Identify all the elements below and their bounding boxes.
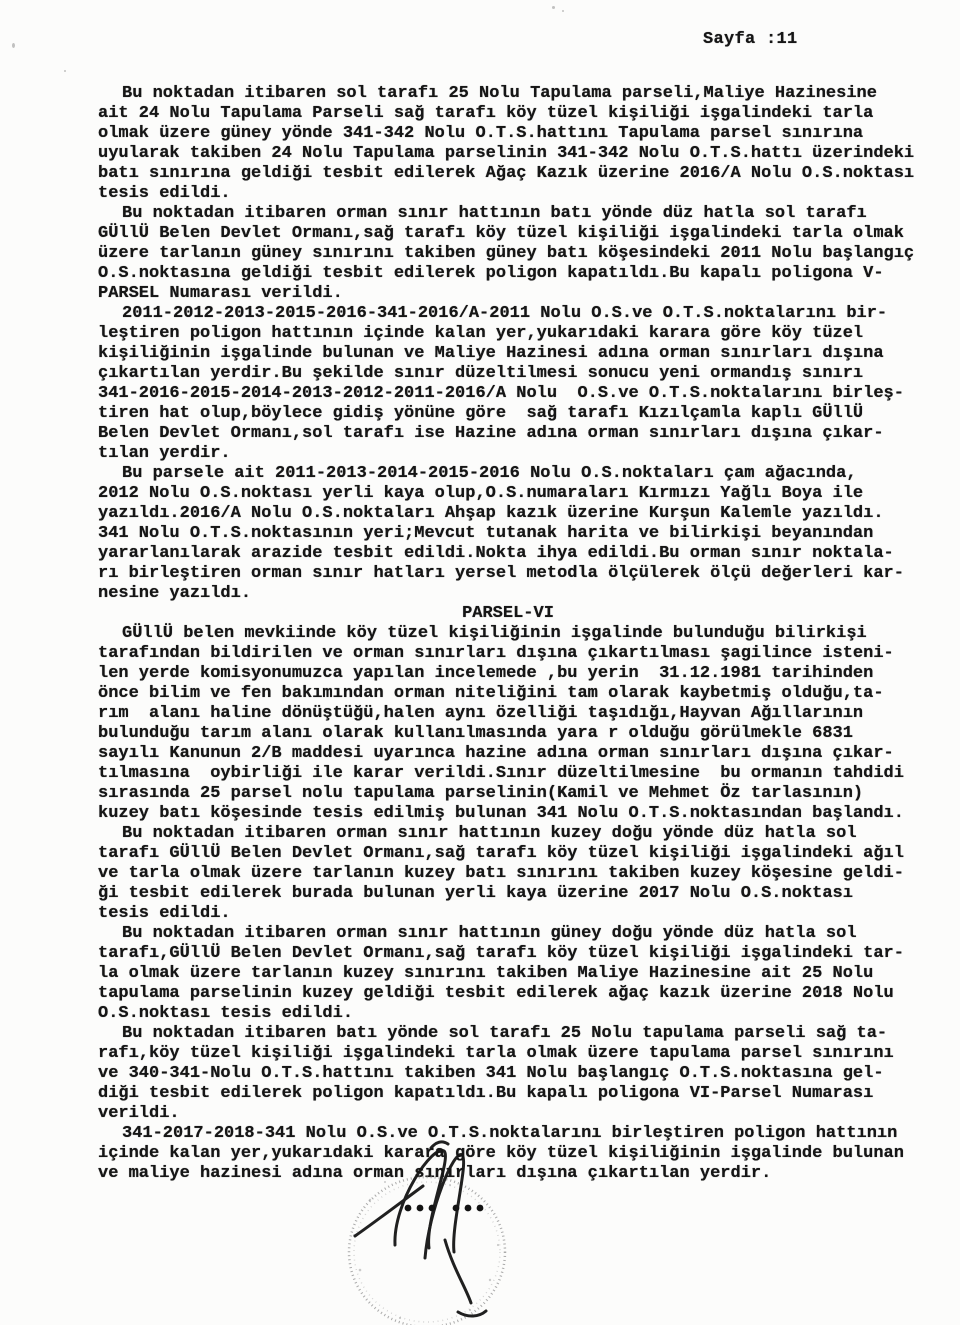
text-line: Bu noktadan itibaren orman sınır hattını… (98, 924, 918, 944)
text-line: çıkartılan yerdir.Bu şekilde sınır düzel… (98, 364, 918, 384)
text-line: 2012 Nolu O.S.noktası yerli kaya olup,O.… (98, 484, 918, 504)
signature-dots (405, 1205, 484, 1212)
text-line: PARSEL-VI (98, 604, 918, 624)
text-line: Bu noktadan itibaren sol tarafı 25 Nolu … (98, 84, 918, 104)
text-line: tarafı GÜllÜ Belen Devlet Ormanı,sağ tar… (98, 844, 918, 864)
text-line: Bu noktadan itibaren orman sınır hattını… (98, 204, 918, 224)
text-line: leştiren poligon hattının içinde kalan y… (98, 324, 918, 344)
signature (355, 1142, 486, 1316)
text-line: yazıldı.2016/A Nolu O.S.noktaları Ahşap … (98, 504, 918, 524)
text-line: yararlanılarak arazide tesbit edildi.Nok… (98, 544, 918, 564)
text-line: la olmak üzere tarlanın kuzey sınırını t… (98, 964, 918, 984)
text-line: 2011-2012-2013-2015-2016-341-2016/A-2011… (98, 304, 918, 324)
scan-speck (12, 43, 15, 48)
scanned-document-page: Sayfa :11 Bu noktadan itibaren sol taraf… (0, 0, 960, 1325)
text-line: diği tesbit edilerek poligon kapatıldı.B… (98, 1084, 918, 1104)
text-line: PARSEL Numarası verildi. (98, 284, 918, 304)
text-line: GÜllÜ Belen Devlet Ormanı,sağ tarafı köy… (98, 224, 918, 244)
text-line: rafı,köy tüzel kişiliği işgalindeki tarl… (98, 1044, 918, 1064)
text-line: ği tesbit edilerek burada bulunan yerli … (98, 884, 918, 904)
text-line: GÜllÜ belen mevkiinde köy tüzel kişiliği… (98, 624, 918, 644)
text-line: batı sınırına geldiği tesbit edilerek Ağ… (98, 164, 918, 184)
text-line: nesine yazıldı. (98, 584, 918, 604)
text-line: rı birleştiren orman sınır hatları yerse… (98, 564, 918, 584)
text-line: tarafından bildirilen ve orman sınırları… (98, 644, 918, 664)
text-line: üzere tarlanın güney sınırını takiben gü… (98, 244, 918, 264)
text-line: sayılı Kanunun 2/B maddesi uyarınca hazi… (98, 744, 918, 764)
text-line: 341-2016-2015-2014-2013-2012-2011-2016/A… (98, 384, 918, 404)
stamp-area (330, 1140, 540, 1325)
text-line: rım alanı haline dönüştüğü,halen aynı öz… (98, 704, 918, 724)
text-line: kişiliğinin işgalinde bulunan ve Maliye … (98, 344, 918, 364)
scan-speck (552, 6, 555, 9)
scan-speck (64, 70, 66, 72)
text-line: önce bilim ve fen bakımından orman nitel… (98, 684, 918, 704)
text-line: 341 Nolu O.T.S.noktasının yeri;Mevcut tu… (98, 524, 918, 544)
text-line: len yerde komisyonumuzca yapılan incelem… (98, 664, 918, 684)
page-number: Sayfa :11 (703, 30, 798, 49)
text-line: tesis edildi. (98, 904, 918, 924)
text-line: tarafı,GÜllÜ Belen Devlet Ormanı,sağ tar… (98, 944, 918, 964)
text-line: tılmasına oybirliği ile karar verildi.Sı… (98, 764, 918, 784)
text-line: ve 340-341-Nolu O.T.S.hattını takiben 34… (98, 1064, 918, 1084)
text-line: tılan yerdir. (98, 444, 918, 464)
text-line: ve tarla olmak üzere tarlanın kuzey batı… (98, 864, 918, 884)
text-line: tiren hat olup,böylece gidiş yönüne göre… (98, 404, 918, 424)
text-line: verildi. (98, 1104, 918, 1124)
scan-speck (562, 10, 564, 12)
text-line: Bu parsele ait 2011-2013-2014-2015-2016 … (98, 464, 918, 484)
text-line: olmak üzere güney yönde 341-342 Nolu O.T… (98, 124, 918, 144)
text-line: ait 24 Nolu Tapulama Parseli sağ tarafı … (98, 104, 918, 124)
text-line: tapulama parselinin kuzey geldiği tesbit… (98, 984, 918, 1004)
text-line: bulunduğu tarım alanı olarak kullanılmas… (98, 724, 918, 744)
document-body: Bu noktadan itibaren sol tarafı 25 Nolu … (98, 84, 918, 1184)
text-line: O.S.noktası tesis edildi. (98, 1004, 918, 1024)
text-line: Bu noktadan itibaren batı yönde sol tara… (98, 1024, 918, 1044)
text-line: uyularak takiben 24 Nolu Tapulama parsel… (98, 144, 918, 164)
text-line: tesis edildi. (98, 184, 918, 204)
text-line: kuzey batı köşesinde tesis edilmiş bulun… (98, 804, 918, 824)
text-line: sırasında 25 parsel nolu tapulama parsel… (98, 784, 918, 804)
text-line: Bu noktadan itibaren orman sınır hattını… (98, 824, 918, 844)
text-line: Belen Devlet Ormanı,sol tarafı ise Hazin… (98, 424, 918, 444)
text-line: O.S.noktasına geldiği tesbit edilerek po… (98, 264, 918, 284)
